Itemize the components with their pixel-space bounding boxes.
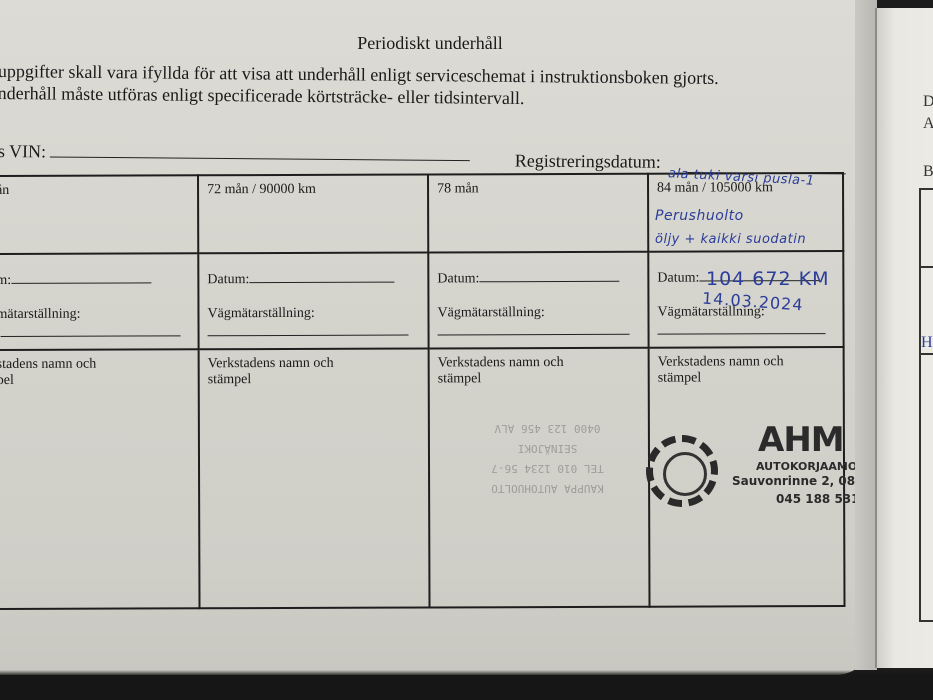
gear-logo-icon (646, 435, 718, 507)
workshop-label: Verkstadens namn och (658, 354, 835, 371)
workshop-stamp: AHM AUTOKORJAAMO Sauvonrinne 2, 08500 Lo… (640, 420, 875, 530)
service-book-page: Periodiskt underhåll uppgifter skall var… (0, 0, 875, 675)
odometer-label: Vägmätarställning: (437, 305, 639, 322)
odometer-field[interactable] (208, 334, 409, 337)
faint-stamp-line: KAUPPA AUTOHUOLTO (460, 478, 635, 498)
handwritten-service-detail: öljy + kaikki suodatin (655, 232, 806, 247)
handwritten-odometer: 104 672 KM (706, 268, 829, 290)
next-page-table (919, 188, 933, 622)
intro-text: uppgifter skall vara ifyllda för att vis… (0, 60, 858, 112)
vin-row: s VIN: Registreringsdatum: (0, 138, 875, 170)
odometer-label: mätarställning: (0, 306, 190, 323)
vin-label: s VIN: (0, 141, 46, 161)
interval-label: 72 mån / 90000 km (207, 182, 316, 197)
date-label: Datum: (437, 271, 479, 286)
date-odometer-cell-2[interactable]: Datum: Vägmätarställning: (428, 252, 648, 349)
workshop-label: pel (0, 372, 190, 389)
workshop-label: stämpel (208, 372, 420, 389)
page-edge (855, 0, 877, 670)
date-field[interactable] (479, 267, 619, 282)
handwritten-service-type: Perushuolto (655, 208, 744, 224)
date-odometer-cell-1[interactable]: Datum: Vägmätarställning: (198, 252, 428, 349)
vin-field[interactable] (50, 138, 470, 161)
workshop-label: stadens namn och (0, 356, 190, 373)
workshop-cell-1[interactable]: Verkstadens namn och stämpel (199, 348, 430, 608)
page-title: Periodiskt underhåll (0, 33, 860, 54)
faint-stamp-line: TEL 010 1234 56-7 (460, 458, 635, 478)
faint-stamp-line: SEINÄJOKI (460, 438, 635, 458)
stamp-logo: AHM (758, 420, 844, 460)
date-label: Datum: (657, 271, 699, 286)
registration-date-label: Registreringsdatum: (515, 151, 661, 173)
next-page-divider (919, 266, 933, 268)
next-page-fragment: A (923, 115, 933, 133)
date-label: Datum: (207, 272, 249, 287)
faint-stamp-line: 0400 123 456 ALV (460, 418, 635, 438)
date-odometer-cell-0[interactable]: m: mätarställning: (0, 253, 199, 350)
odometer-field[interactable] (658, 332, 826, 335)
odometer-field[interactable] (438, 333, 630, 336)
stamp-name: AUTOKORJAAMO (756, 460, 857, 473)
interval-cell-0: ån (0, 175, 198, 254)
stamp-address: Sauvonrinne 2, 08500 Lo (732, 474, 875, 488)
workshop-label: Verkstadens namn och (208, 356, 420, 373)
date-label: m: (0, 273, 11, 288)
interval-label: 78 mån (437, 181, 479, 196)
faint-stamp-imprint: KAUPPA AUTOHUOLTO TEL 010 1234 56-7 SEIN… (460, 418, 635, 498)
interval-cell-1: 72 mån / 90000 km (198, 174, 428, 253)
date-field[interactable] (11, 268, 151, 283)
interval-label: ån (0, 183, 9, 198)
next-page-sliver: D A B H (875, 8, 933, 668)
interval-cell-2: 78 mån (428, 174, 648, 253)
next-page-divider (919, 353, 933, 355)
odometer-field[interactable] (1, 334, 181, 337)
next-page-fragment: D (923, 93, 933, 111)
background-shadow (0, 640, 933, 700)
workshop-label: stämpel (438, 371, 640, 388)
workshop-cell-0[interactable]: stadens namn och pel (0, 349, 200, 609)
next-page-fragment: H (921, 334, 933, 352)
workshop-label: stämpel (658, 370, 835, 387)
odometer-label: Vägmätarställning: (207, 306, 419, 323)
next-page-fragment: B (923, 163, 933, 181)
workshop-label: Verkstadens namn och (438, 355, 640, 372)
date-field[interactable] (249, 268, 394, 284)
